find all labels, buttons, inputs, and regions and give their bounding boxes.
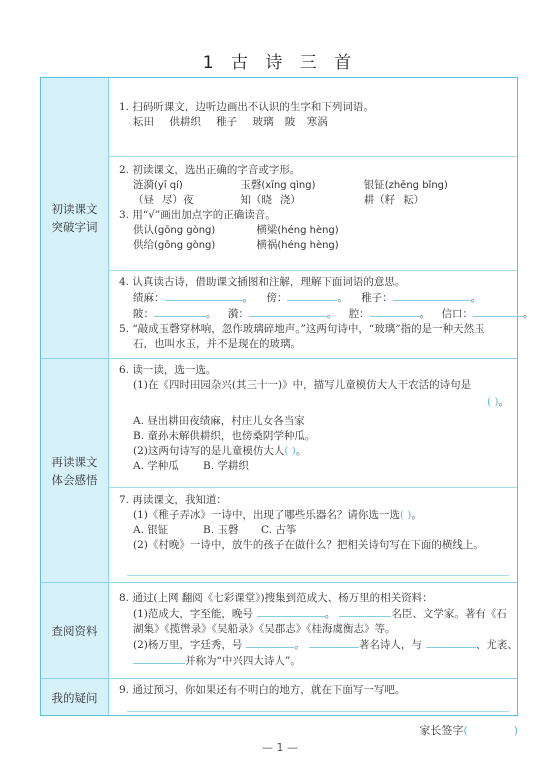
- q6-option-b: B. 童孙未解供耕织，也傍桑阴学种瓜。: [119, 429, 509, 444]
- worksheet-table: 初读课文突破字词 再读课文体会感悟 查阅资料 我的疑问 1. 扫码听课文，边听边…: [40, 77, 518, 716]
- section-label-first-reading: 初读课文突破字词: [41, 78, 108, 359]
- answer-blank-fan-era[interactable]: [339, 606, 391, 617]
- q3-choice-gongren[interactable]: (gōng gòng): [154, 225, 215, 236]
- section-label-research: 查阅资料: [41, 583, 108, 679]
- q2-choice-gengyun[interactable]: 耕（籽耘）: [364, 194, 425, 206]
- q6-answer-1[interactable]: ( )。: [119, 395, 509, 410]
- question-6: 6. 读一读，选一选。 (1)在《四时田园杂兴(其三十一)》中，描写儿童模仿大人…: [109, 359, 517, 488]
- q8-yang-wanli: (2)杨万里，字廷秀，号。著名诗人，与、尤袤、: [119, 637, 509, 653]
- q8-fan-chengda: (1)范成大，字至能，晚号。名臣、文学家。著有《石: [119, 606, 509, 622]
- answer-blank-jima[interactable]: [165, 290, 243, 301]
- q3-choice-henghuo[interactable]: (héng hèng): [277, 240, 338, 251]
- q8-yang-wanli-2: 并称为“中兴四大诗人”。: [119, 653, 509, 669]
- question-9: 9. 通过预习，你如果还有不明白的地方，就在下面写一写吧。: [109, 679, 517, 716]
- question-1: 1. 扫码听课文，边听边画出不认识的生字和下列词语。 耘田 供耕织 稚子 玻璃 …: [109, 78, 517, 157]
- answer-blank-xinkou[interactable]: [473, 306, 523, 317]
- answer-blank-zhizi[interactable]: [393, 290, 471, 301]
- q2-choice-yinzheng[interactable]: (zhēng bǐng): [385, 180, 448, 191]
- question-2-3: 2. 初读课文，选出正确的字音或字形。 涟漪(yī qí) 玉磬(xīng qì…: [109, 157, 517, 271]
- q7-sub-1: (1)《稚子弄冰》一诗中，出现了哪些乐器名？请你选一选( )。: [119, 508, 509, 523]
- q2-choice-zhixiao[interactable]: 知（晓浇）: [240, 193, 360, 208]
- page-title: 1 古 诗 三 首: [0, 48, 560, 73]
- q9-answer-line[interactable]: [127, 711, 509, 712]
- answer-blank-poet-1[interactable]: [426, 637, 476, 648]
- q3-choice-gongji[interactable]: (gōng gòng): [154, 240, 215, 251]
- answer-blank-yi[interactable]: [249, 306, 327, 317]
- q2-choice-zhouye[interactable]: （昼尽）夜: [133, 193, 237, 208]
- question-7: 7. 再读课文，我知道： (1)《稚子弄冰》一诗中，出现了哪些乐器名？请你选一选…: [109, 488, 517, 583]
- q6-sub-2: (2)这两句诗写的是儿童模仿大人( )。: [119, 444, 509, 459]
- q6-option-a: A. 昼出耕田夜绩麻，村庄儿女各当家: [119, 414, 509, 429]
- q4-row-1: 绩麻：。 傍：。 稚子：。: [119, 290, 509, 306]
- q3-row-2: 供给(gōng gòng) 横祸(héng hèng): [119, 238, 509, 253]
- q7-answer-1[interactable]: ( ): [400, 509, 412, 521]
- q2-choice-yuqing[interactable]: (xīng qìng): [261, 180, 315, 191]
- q3-row-1: 供认(gōng gòng) 横梁(héng hèng): [119, 223, 509, 238]
- q2-row-2: （昼尽）夜 知（晓浇） 耕（籽耘）: [119, 193, 509, 208]
- q7-options: A. 银钲B. 玉磬C. 古筝: [119, 523, 509, 538]
- answer-blank-fan-hao[interactable]: [257, 606, 325, 617]
- parent-signature: 家长签字(): [419, 722, 518, 738]
- section-labels: 初读课文突破字词 再读课文体会感悟 查阅资料 我的疑问: [41, 78, 109, 715]
- q6-answer-2[interactable]: ( ): [284, 445, 296, 457]
- questions-area: 1. 扫码听课文，边听边画出不认识的生字和下列词语。 耘田 供耕织 稚子 玻璃 …: [109, 78, 517, 715]
- question-8: 8. 通过(上网 翻阅《七彩课堂》)搜集到范成大、杨万里的相关资料： (1)范成…: [109, 583, 517, 679]
- q2-row-1: 涟漪(yī qí) 玉磬(xīng qìng) 银钲(zhēng bǐng): [119, 178, 509, 193]
- answer-blank-poet-2[interactable]: [133, 653, 185, 664]
- question-4-5: 4. 认真读古诗，借助课文插图和注解，理解下面词语的意思。 绩麻：。 傍：。 稚…: [109, 271, 517, 359]
- page-number: — 1 —: [0, 741, 560, 754]
- q1-words: 耘田 供耕织 稚子 玻璃 陂 寒涡: [119, 115, 509, 130]
- answer-blank-bang[interactable]: [287, 290, 337, 301]
- section-label-second-reading: 再读课文体会感悟: [41, 359, 108, 583]
- q3-choice-hengliang[interactable]: (héng hèng): [277, 225, 338, 236]
- answer-blank-bei[interactable]: [154, 306, 206, 317]
- q7-answer-line[interactable]: [127, 575, 509, 576]
- section-label-questions: 我的疑问: [41, 679, 108, 716]
- q6-sub2-options: A. 学种瓜B. 学耕织: [119, 459, 509, 474]
- q4-row-2: 陂：。 漪：。 腔：。 信口：。: [119, 306, 509, 322]
- answer-blank-qiang[interactable]: [370, 306, 420, 317]
- answer-blank-yang-era[interactable]: [309, 637, 359, 648]
- q2-choice-lianyi[interactable]: (yī qí): [154, 180, 183, 191]
- answer-blank-yang-hao[interactable]: [246, 637, 294, 648]
